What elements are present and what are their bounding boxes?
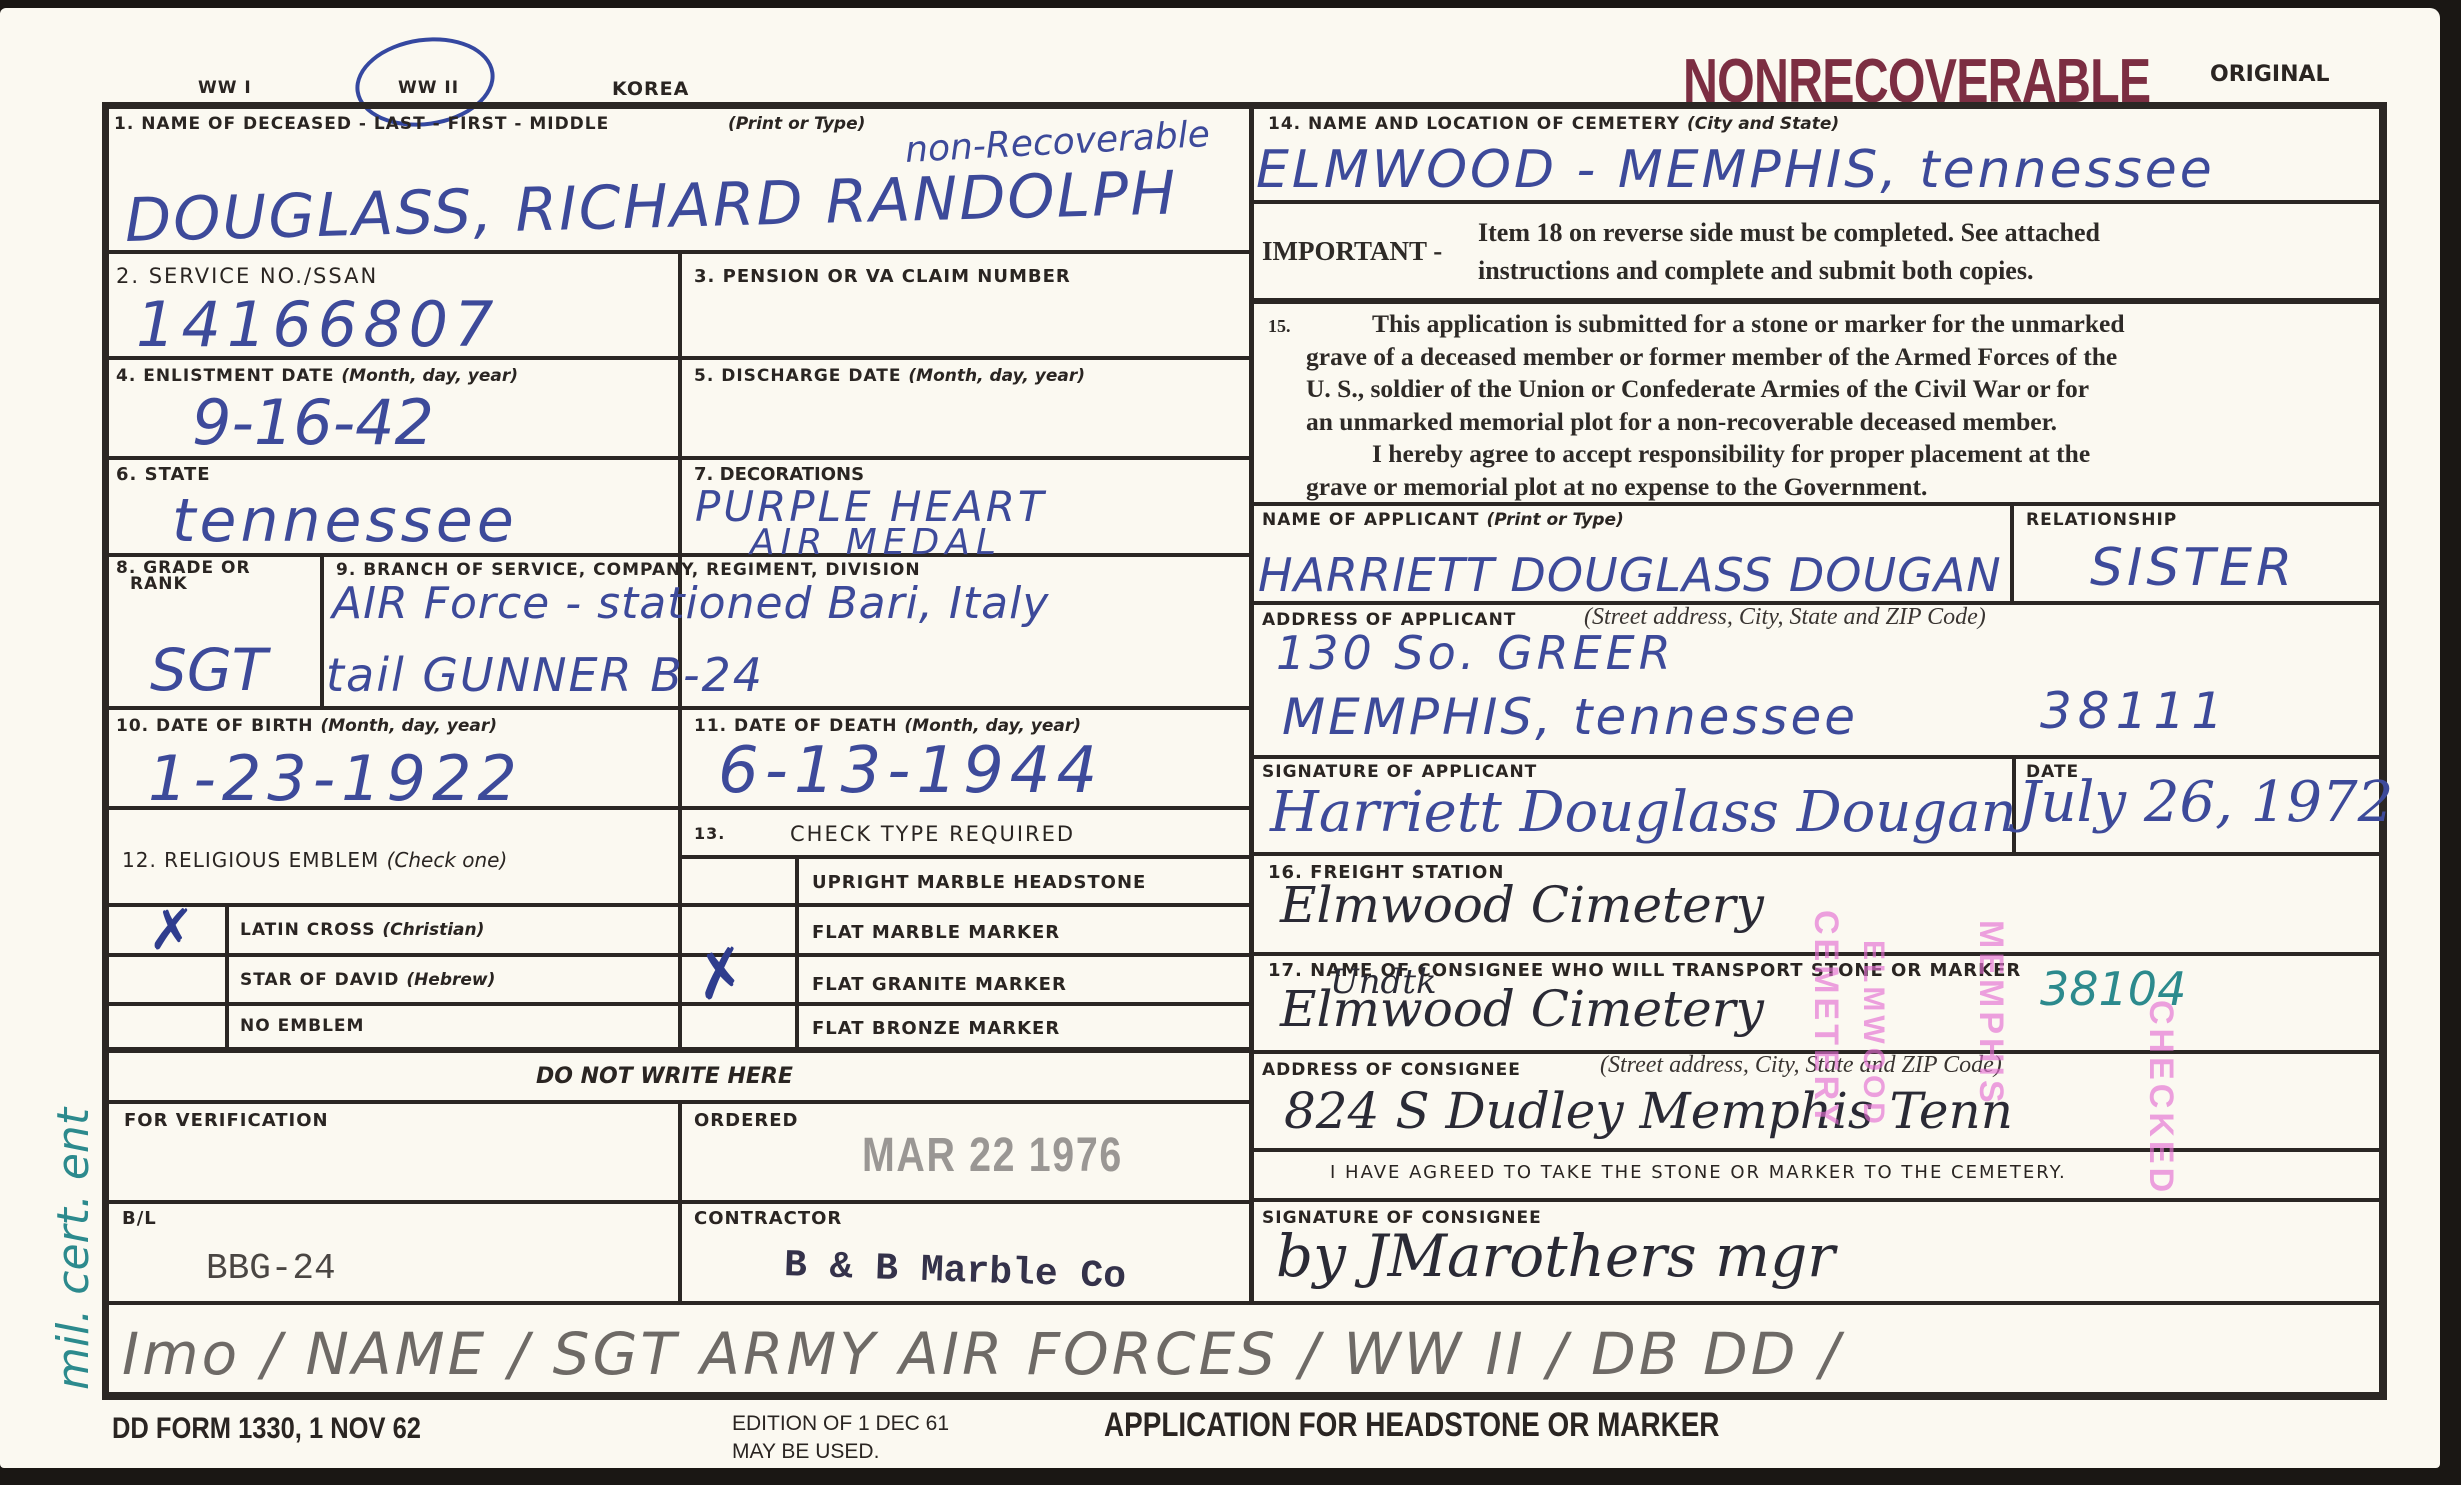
edition-line2: MAY BE USED. [732, 1440, 879, 1464]
type-option-upright-marble: UPRIGHT MARBLE HEADSTONE [812, 872, 1146, 893]
rule [1251, 755, 2381, 759]
important-line1: Item 18 on reverse side must be complete… [1478, 218, 2100, 248]
consignee-name-field[interactable]: Elmwood Cimetery [1280, 980, 1764, 1038]
signature-label: SIGNATURE OF APPLICANT [1262, 762, 1537, 782]
signature-date-field[interactable]: July 26, 1972 [2018, 770, 2393, 835]
consignee-signature-field[interactable]: by JMarothers mgr [1276, 1222, 1835, 1290]
rule [678, 1100, 682, 1301]
birth-date-field[interactable]: 1-23-1922 [148, 742, 523, 815]
emblem-checkbox-latin-cross[interactable] [110, 908, 222, 952]
emblem-checkbox-star-of-david[interactable] [110, 958, 222, 1000]
war-option-ww1[interactable]: WW I [198, 78, 252, 98]
rule [1251, 852, 2381, 856]
emblem-option-latin-cross: LATIN CROSS (Christian) [240, 920, 484, 940]
form-title: APPLICATION FOR HEADSTONE OR MARKER [1104, 1406, 1719, 1445]
emblem-option-no-emblem: NO EMBLEM [240, 1016, 364, 1036]
type-option-flat-bronze: FLAT BRONZE MARKER [812, 1018, 1060, 1039]
agreement-text: I HAVE AGREED TO TAKE THE STONE OR MARKE… [1330, 1162, 2067, 1183]
statement-line: I hereby agree to accept responsibility … [1306, 438, 2376, 471]
name-label: 1. NAME OF DECEASED - LAST - FIRST - MID… [114, 114, 609, 134]
elmwood-stamp: ELMWOOD [1856, 940, 1890, 1128]
enlistment-label: 4. ENLISTMENT DATE (Month, day, year) [116, 366, 518, 386]
rule [1251, 1148, 2381, 1152]
type-label: CHECK TYPE REQUIRED [790, 822, 1075, 846]
copy-label: ORIGINAL [2210, 62, 2330, 87]
bl-value: BBG-24 [206, 1248, 336, 1289]
rule [795, 855, 799, 1050]
freight-station-field[interactable]: Elmwood Cimetery [1280, 876, 1764, 934]
rule [678, 250, 682, 706]
statement-line: U. S., soldier of the Union or Confedera… [1306, 373, 2376, 406]
birth-label: 10. DATE OF BIRTH (Month, day, year) [116, 716, 497, 736]
service-no-field[interactable]: 14166807 [136, 288, 500, 361]
relationship-label: RELATIONSHIP [2026, 510, 2177, 530]
type-option-flat-granite: FLAT GRANITE MARKER [812, 974, 1067, 995]
consignee-address-field[interactable]: 824 S Dudley Memphis Tenn [1284, 1082, 2013, 1140]
death-date-field[interactable]: 6-13-1944 [718, 734, 1103, 808]
name-label-note: (Print or Type) [728, 114, 865, 134]
address-zip-field[interactable]: 38111 [2040, 682, 2229, 740]
cemetery-label: 14. NAME AND LOCATION OF CEMETERY (City … [1268, 114, 1839, 134]
statement-line: an unmarked memorial plot for a non-reco… [1306, 406, 2376, 439]
important-line2: instructions and complete and submit bot… [1478, 256, 2033, 286]
rule [320, 553, 324, 706]
emblem-checkbox-no-emblem[interactable] [110, 1006, 222, 1046]
rule [680, 855, 1251, 859]
frame-top [102, 102, 2386, 109]
relationship-field[interactable]: SISTER [2090, 538, 2296, 598]
pension-label: 3. PENSION OR VA CLAIM NUMBER [694, 266, 1071, 287]
grade-label: 8. GRADE ORRANK [116, 560, 251, 592]
applicant-signature-field[interactable]: Harriett Douglass Dougan [1270, 780, 2017, 845]
cemetery-field[interactable]: ELMWOOD - MEMPHIS, tennessee [1256, 140, 2215, 200]
type-checkbox-flat-bronze[interactable] [684, 1006, 792, 1046]
applicant-label: NAME OF APPLICANT (Print or Type) [1262, 510, 1624, 530]
address-line1-field[interactable]: 130 So. GREER [1276, 626, 1675, 680]
margin-note: mil. cert. ent [48, 1108, 99, 1390]
frame-left [102, 102, 109, 1400]
statement-text: This application is submitted for a ston… [1306, 308, 2376, 503]
edition-line1: EDITION OF 1 DEC 61 [732, 1412, 949, 1436]
checked-stamp: CHECKED [2141, 1000, 2180, 1196]
type-option-flat-marble: FLAT MARBLE MARKER [812, 922, 1060, 943]
frame-bottom [102, 1392, 2386, 1400]
branch-field-line1[interactable]: AIR Force - stationed Bari, Italy [332, 578, 1049, 629]
statement-line: This application is submitted for a ston… [1306, 308, 2376, 341]
frame-right [2379, 102, 2387, 1400]
rule [1251, 298, 2381, 304]
decorations-field-line2[interactable]: AIR MEDAL [750, 522, 1002, 563]
form-id: DD FORM 1330, 1 NOV 62 [112, 1412, 421, 1446]
inscription-field[interactable]: Imo / NAME / SGT ARMY AIR FORCES / WW II… [122, 1320, 1842, 1388]
type-checkbox-upright-marble[interactable] [684, 860, 792, 902]
memphis-stamp: MEMPHIS [1971, 920, 2010, 1107]
grade-field[interactable]: SGT [150, 636, 267, 704]
cemetery-received-stamp: CEMETERY [1806, 910, 1845, 1130]
address-line2-field[interactable]: MEMPHIS, tennessee [1282, 688, 1858, 746]
bl-label: B/L [122, 1208, 157, 1229]
do-not-write-banner: DO NOT WRITE HERE [536, 1064, 793, 1089]
rule [105, 1301, 2382, 1305]
ordered-date-stamp: MAR 22 1976 [862, 1128, 1123, 1183]
type-number: 13. [694, 824, 725, 843]
column-divider [1249, 105, 1254, 1305]
enlistment-date-field[interactable]: 9-16-42 [192, 386, 434, 459]
consignee-address-label: ADDRESS OF CONSIGNEE [1262, 1060, 1521, 1080]
discharge-label: 5. DISCHARGE DATE (Month, day, year) [694, 366, 1085, 386]
service-no-label: 2. SERVICE NO./SSAN [116, 264, 378, 288]
important-label: IMPORTANT - [1262, 236, 1442, 267]
ordered-label: ORDERED [694, 1110, 799, 1131]
rule [1251, 200, 2381, 204]
war-option-korea[interactable]: KOREA [612, 78, 689, 100]
emblem-label: 12. RELIGIOUS EMBLEM (Check one) [122, 848, 507, 872]
death-label: 11. DATE OF DEATH (Month, day, year) [694, 716, 1081, 736]
emblem-option-star-of-david: STAR OF DAVID (Hebrew) [240, 970, 495, 990]
state-label: 6. STATE [116, 464, 211, 485]
branch-label: 9. BRANCH OF SERVICE, COMPANY, REGIMENT,… [336, 560, 921, 580]
rule [678, 706, 682, 1050]
consignee-address-label-note: (Street address, City, State and ZIP Cod… [1600, 1052, 2002, 1079]
statement-line: grave or memorial plot at no expense to … [1306, 471, 2376, 504]
verification-label: FOR VERIFICATION [124, 1110, 329, 1131]
branch-field-line2[interactable]: tail GUNNER B-24 [326, 648, 764, 702]
statement-line: grave of a deceased member or former mem… [1306, 341, 2376, 374]
applicant-name-field[interactable]: HARRIETT DOUGLASS DOUGAN [1258, 548, 2002, 602]
rule [1251, 1198, 2381, 1202]
rule [225, 903, 229, 1050]
contractor-label: CONTRACTOR [694, 1208, 842, 1229]
rule [2010, 502, 2014, 601]
statement-number: 15. [1268, 316, 1291, 337]
state-field[interactable]: tennessee [172, 486, 518, 556]
